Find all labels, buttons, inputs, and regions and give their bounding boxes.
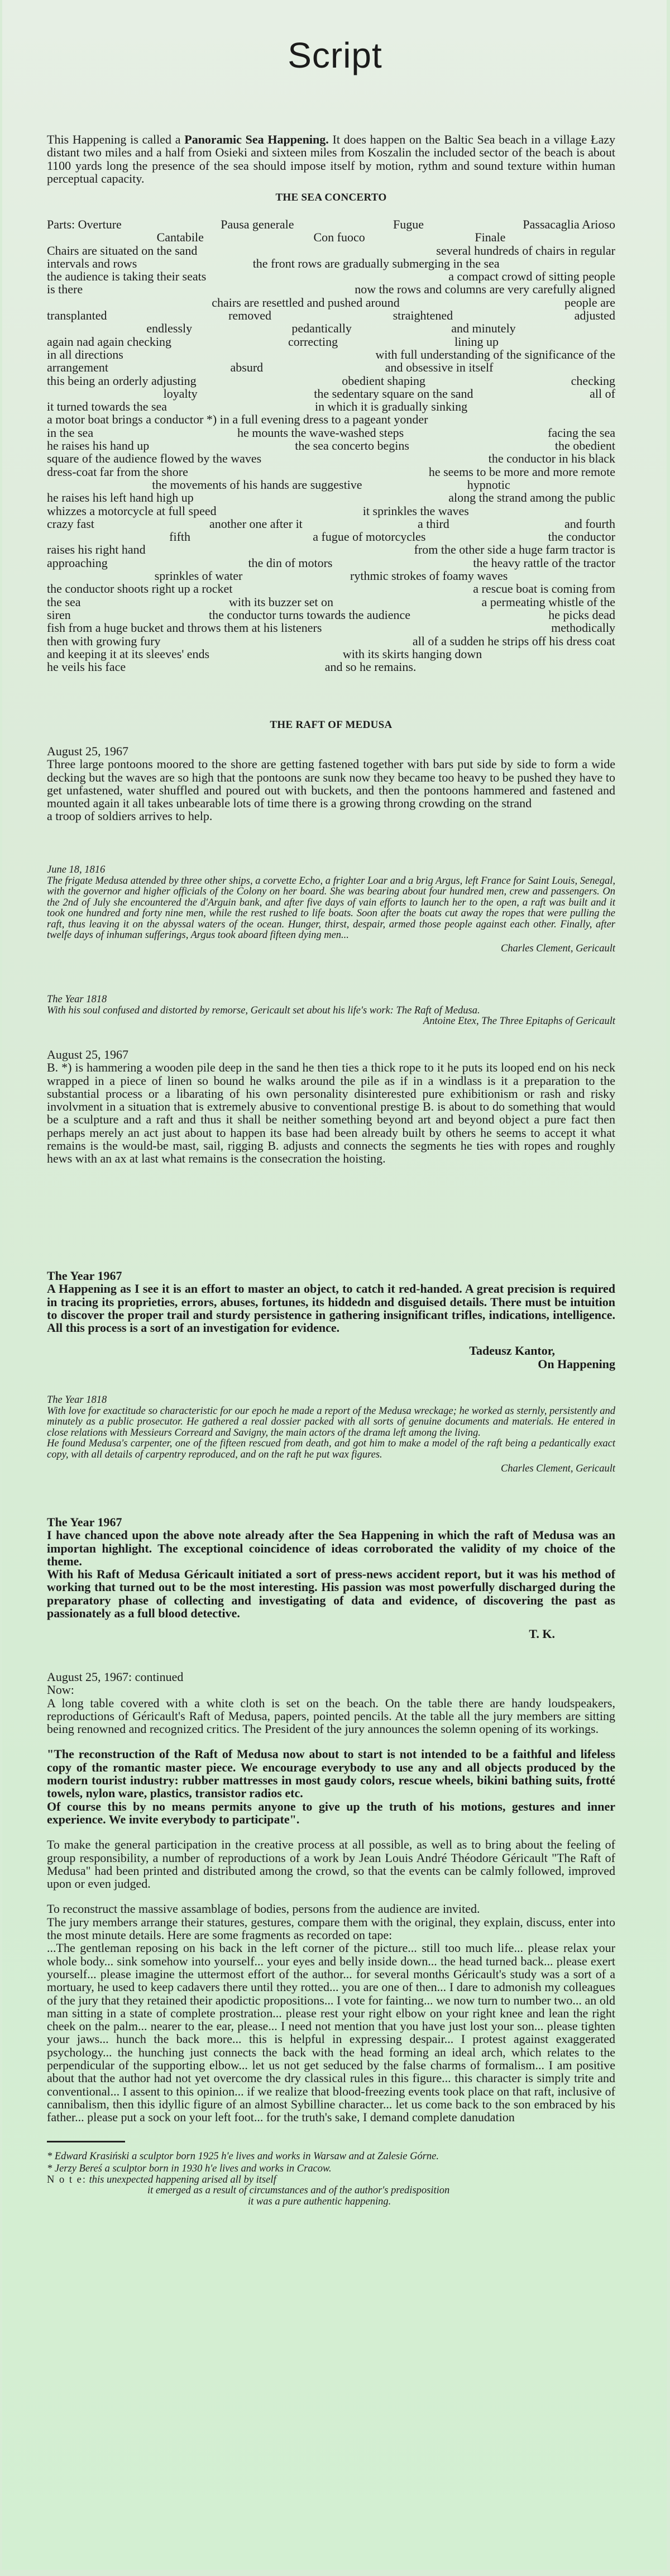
quote-source: Antoine Etex, The Three Epitaphs of Geri… <box>47 1016 615 1027</box>
statement-author: Tadeusz Kantor, <box>47 1344 615 1357</box>
verse-line: this being an orderly adjustingobedient … <box>47 374 615 387</box>
verse-line: in the seahe mounts the wave-washed step… <box>47 426 615 439</box>
footnote-1: * Edward Krasiński a sculptor born 1925 … <box>47 2151 615 2163</box>
manifesto-text: "The reconstruction of the Raft of Medus… <box>47 1748 615 1799</box>
quote-text: With love for exactitude so characterist… <box>47 1406 615 1439</box>
verse-fragment: is there <box>47 283 83 296</box>
verse-line: the conductor shoots right up a rocketa … <box>47 582 615 595</box>
verse-fragment: the sea <box>47 596 80 608</box>
sea-concerto-verse: Parts: OverturePausa generaleFuguePassac… <box>47 218 615 673</box>
verse-fragment: crazy fast <box>47 517 94 530</box>
entry-text: B. *) is hammering a wooden pile deep in… <box>47 1061 615 1165</box>
statement-date: The Year 1967 <box>47 1269 615 1282</box>
verse-line: he veils his faceand so he remains. <box>47 660 615 673</box>
verse-fragment: a compact crowd of sitting people <box>448 270 615 283</box>
note-date: The Year 1967 <box>47 1516 615 1529</box>
verse-line: the audience is taking their seatsa comp… <box>47 270 615 283</box>
happening-name: Panoramic Sea Happening. <box>184 132 329 146</box>
verse-fragment: intervals and rows <box>47 257 137 270</box>
verse-fragment: the conductor turns towards the audience <box>209 608 410 621</box>
verse-fragment: raises his right hand <box>47 543 146 556</box>
verse-fragment: sprinkles of water <box>155 569 243 582</box>
verse-fragment: chairs are resettled and pushed around <box>212 296 400 309</box>
verse-fragment: Fugue <box>393 218 424 231</box>
verse-fragment: along the strand among the public <box>448 491 615 504</box>
footnote-divider <box>47 2141 125 2142</box>
quote-1818-clement: The Year 1818 With love for exactitude s… <box>47 1395 615 1475</box>
raft-entry-2: August 25, 1967 B. *) is hammering a woo… <box>47 1048 615 1165</box>
verse-fragment: from the other side a huge farm tractor … <box>414 543 615 556</box>
verse-line: dress-coat far from the shorehe seems to… <box>47 465 615 478</box>
quote-text: The frigate Medusa attended by three oth… <box>47 876 615 941</box>
intro-text-pre: This Happening is called a <box>47 132 184 146</box>
verse-fragment: a rescue boat is coming from <box>473 582 615 595</box>
verse-line: is therenow the rows and columns are ver… <box>47 283 615 296</box>
statement-work: On Happening <box>47 1358 615 1370</box>
entry-text: A long table covered with a white cloth … <box>47 1697 615 1736</box>
quote-1818-etex: The Year 1818 With his soul confused and… <box>47 994 615 1027</box>
note-line-2: it emerged as a result of circumstances … <box>47 2185 615 2197</box>
verse-fragment: obedient shaping <box>342 374 425 387</box>
verse-line: square of the audience flowed by the wav… <box>47 452 615 465</box>
section-heading-raft-of-medusa: THE RAFT OF MEDUSA <box>47 719 615 731</box>
raft-entry-1: August 25, 1967 Three large pontoons moo… <box>47 745 615 823</box>
page-title: Script <box>0 35 670 76</box>
reconstruct-paragraph: To reconstruct the massive assamblage of… <box>47 1902 615 1915</box>
kantor-statement: The Year 1967 A Happening as I see it is… <box>47 1269 615 1370</box>
note-text-1: this unexpected happening arised all by … <box>87 2174 276 2185</box>
verse-line: then with growing furyall of a sudden he… <box>47 635 615 647</box>
raft-entry-3: August 25, 1967: continued Now: A long t… <box>47 1670 615 2207</box>
verse-fragment: in which it is gradually sinking <box>315 400 467 413</box>
verse-line: in all directionswith full understanding… <box>47 348 615 361</box>
entry-date: August 25, 1967: continued <box>47 1670 615 1683</box>
quote-date: The Year 1818 <box>47 1395 615 1406</box>
verse-fragment: pedantically <box>291 322 352 335</box>
note-text-2: With his Raft of Medusa Géricault initia… <box>47 1568 615 1620</box>
verse-fragment: rythmic strokes of foamy waves <box>350 569 508 582</box>
verse-fragment: lining up <box>454 335 499 348</box>
verse-line: raises his right handfrom the other side… <box>47 543 615 556</box>
verse-fragment: methodically <box>551 621 615 634</box>
verse-fragment: transplanted <box>47 309 107 322</box>
verse-fragment: and so he remains. <box>325 660 417 673</box>
verse-line: transplantedremovedstraightenedadjusted <box>47 309 615 322</box>
verse-fragment: the din of motors <box>248 556 333 569</box>
verse-fragment: endlessly <box>146 322 192 335</box>
verse-fragment: in all directions <box>47 348 123 361</box>
verse-line: approachingthe din of motorsthe heavy ra… <box>47 556 615 569</box>
verse-fragment: he raises his hand up <box>47 439 149 452</box>
verse-fragment: with its buzzer set on <box>229 596 333 608</box>
verse-fragment: and minutely <box>451 322 515 335</box>
verse-fragment: with full understanding of the significa… <box>376 348 616 361</box>
note-signature: T. K. <box>47 1627 615 1640</box>
quote-date: The Year 1818 <box>47 994 615 1006</box>
entry-date: August 25, 1967 <box>47 745 615 758</box>
verse-fragment: correcting <box>288 335 338 348</box>
verse-line: Parts: OverturePausa generaleFuguePassac… <box>47 218 615 231</box>
verse-fragment: he mounts the wave-washed steps <box>237 426 404 439</box>
verse-fragment: again nad again checking <box>47 335 171 348</box>
verse-line: chairs are resettled and pushed aroundpe… <box>47 296 615 309</box>
verse-line: the seawith its buzzer set ona permeatin… <box>47 596 615 608</box>
verse-fragment: and keeping it at its sleeves' ends <box>47 647 209 660</box>
verse-line: fiftha fugue of motorcyclesthe conductor <box>47 530 615 543</box>
verse-line: and keeping it at its sleeves' endswith … <box>47 647 615 660</box>
verse-fragment: all of a sudden he strips off his dress … <box>413 635 615 647</box>
verse-fragment: a permeating whistle of the <box>482 596 615 608</box>
quote-text-2: He found Medusa's carpenter, one of the … <box>47 1439 615 1460</box>
verse-fragment: now the rows and columns are very carefu… <box>355 283 615 296</box>
verse-fragment: fish from a huge bucket and throws them … <box>47 621 322 634</box>
note-text: I have chanced upon the above note alrea… <box>47 1529 615 1568</box>
sea-concerto-section: THE SEA CONCERTO <box>47 192 615 204</box>
verse-fragment: this being an orderly adjusting <box>47 374 197 387</box>
jury-paragraph: The jury members arrange their statures,… <box>47 1916 615 1942</box>
verse-line: sprinkles of waterrythmic strokes of foa… <box>47 569 615 582</box>
note-line-3: it was a pure authentic happening. <box>47 2197 615 2208</box>
verse-fragment: he seems to be more and more remote <box>429 465 615 478</box>
entry-text: Three large pontoons moored to the shore… <box>47 758 615 810</box>
verse-fragment: the obedient <box>555 439 615 452</box>
verse-fragment: the sea concerto begins <box>295 439 409 452</box>
quote-1816: June 18, 1816 The frigate Medusa attende… <box>47 865 615 954</box>
verse-line: Chairs are situated on the sandseveral h… <box>47 244 615 257</box>
note-line-1: N o t e: this unexpected happening arise… <box>47 2175 615 2186</box>
verse-line: again nad again checkingcorrectinglining… <box>47 335 615 348</box>
statement-text: A Happening as I see it is an effort to … <box>47 1282 615 1334</box>
verse-fragment: square of the audience flowed by the wav… <box>47 452 261 465</box>
verse-fragment: people are <box>564 296 615 309</box>
quote-text: With his soul confused and distorted by … <box>47 1006 615 1017</box>
intro-section: This Happening is called a Panoramic Sea… <box>47 133 615 185</box>
verse-fragment: Passacaglia Arioso <box>523 218 615 231</box>
verse-fragment: the heavy rattle of the tractor <box>473 556 615 569</box>
verse-line: whizzes a motorcycle at full speedit spr… <box>47 504 615 517</box>
manifesto-text-2: Of course this by no means permits anyon… <box>47 1800 615 1826</box>
entry-date: August 25, 1967 <box>47 1048 615 1061</box>
verse-fragment: arrangement <box>47 361 108 374</box>
verse-line: loyaltythe sedentary square on the sanda… <box>47 387 615 400</box>
verse-line: he raises his hand upthe sea concerto be… <box>47 439 615 452</box>
verse-line: CantabileCon fuocoFinale <box>47 231 615 244</box>
footnote-2: * Jerzy Bereś a sculptor born in 1930 h'… <box>47 2164 615 2175</box>
verse-fragment: it sprinkles the waves <box>363 504 469 517</box>
intro-paragraph: This Happening is called a Panoramic Sea… <box>47 133 615 185</box>
verse-fragment: whizzes a motorcycle at full speed <box>47 504 217 517</box>
verse-fragment: a fugue of motorcycles <box>313 530 425 543</box>
note-label: N o t e: <box>47 2174 87 2185</box>
tk-note: The Year 1967 I have chanced upon the ab… <box>47 1516 615 1641</box>
verse-fragment: he raises his left hand high up <box>47 491 194 504</box>
tape-fragments: ...The gentleman reposing on his back in… <box>47 1941 615 2123</box>
verse-fragment: the front rows are gradually submerging … <box>253 257 500 270</box>
participation-paragraph: To make the general participation in the… <box>47 1838 615 1890</box>
verse-fragment: Finale <box>475 231 505 244</box>
verse-fragment: the audience is taking their seats <box>47 270 206 283</box>
verse-fragment: siren <box>47 608 71 621</box>
verse-fragment: the movements of his hands are suggestiv… <box>152 478 362 491</box>
verse-fragment: another one after it <box>209 517 303 530</box>
verse-fragment: he veils his face <box>47 660 126 673</box>
verse-fragment: a third <box>418 517 449 530</box>
verse-fragment: all of <box>590 387 615 400</box>
verse-fragment: and obsessive in itself <box>385 361 494 374</box>
verse-line: arrangementabsurdand obsessive in itself <box>47 361 615 374</box>
verse-fragment: fifth <box>169 530 190 543</box>
quote-source: Charles Clement, Gericault <box>47 1464 615 1475</box>
verse-fragment: the conductor shoots right up a rocket <box>47 582 232 595</box>
verse-fragment: adjusted <box>575 309 615 322</box>
verse-line: crazy fastanother one after ita thirdand… <box>47 517 615 530</box>
verse-line: the movements of his hands are suggestiv… <box>47 478 615 491</box>
verse-line: he raises his left hand high upalong the… <box>47 491 615 504</box>
verse-fragment: it turned towards the sea <box>47 400 167 413</box>
verse-fragment: Con fuoco <box>314 231 365 244</box>
verse-fragment: the conductor <box>548 530 615 543</box>
verse-line: a motor boat brings a conductor *) in a … <box>47 413 615 426</box>
verse-fragment: the sedentary square on the sand <box>314 387 473 400</box>
verse-fragment: Pausa generale <box>221 218 294 231</box>
raft-heading-wrap: THE RAFT OF MEDUSA <box>47 719 615 731</box>
verse-fragment: straightened <box>393 309 453 322</box>
verse-fragment: the conductor in his black <box>489 452 615 465</box>
verse-fragment: approaching <box>47 556 108 569</box>
verse-line: sirenthe conductor turns towards the aud… <box>47 608 615 621</box>
verse-fragment: loyalty <box>164 387 198 400</box>
verse-line: endlesslypedanticallyand minutely <box>47 322 615 335</box>
verse-fragment: absurd <box>231 361 264 374</box>
verse-fragment: in the sea <box>47 426 93 439</box>
verse-line: intervals and rowsthe front rows are gra… <box>47 257 615 270</box>
quote-date: June 18, 1816 <box>47 865 615 876</box>
verse-fragment: and fourth <box>564 517 615 530</box>
entry-text-last: a troop of soldiers arrives to help. <box>47 810 615 822</box>
verse-fragment: with its skirts hanging down <box>343 647 482 660</box>
verse-line: it turned towards the seain which it is … <box>47 400 615 413</box>
verse-fragment: facing the sea <box>548 426 615 439</box>
quote-source: Charles Clement, Gericault <box>47 944 615 955</box>
verse-fragment: hypnotic <box>467 478 510 491</box>
verse-fragment: Parts: Overture <box>47 218 122 231</box>
verse-fragment: dress-coat far from the shore <box>47 465 188 478</box>
verse-fragment: Chairs are situated on the sand <box>47 244 197 257</box>
verse-fragment: he picks dead <box>548 608 615 621</box>
verse-fragment: Cantabile <box>157 231 204 244</box>
verse-fragment: then with growing fury <box>47 635 160 647</box>
verse-fragment: removed <box>228 309 271 322</box>
section-heading-sea-concerto: THE SEA CONCERTO <box>47 192 615 204</box>
verse-fragment: checking <box>571 374 615 387</box>
entry-now: Now: <box>47 1683 615 1696</box>
verse-fragment: a motor boat brings a conductor *) in a … <box>47 413 428 426</box>
verse-fragment: several hundreds of chairs in regular <box>436 244 615 257</box>
verse-line: fish from a huge bucket and throws them … <box>47 621 615 634</box>
